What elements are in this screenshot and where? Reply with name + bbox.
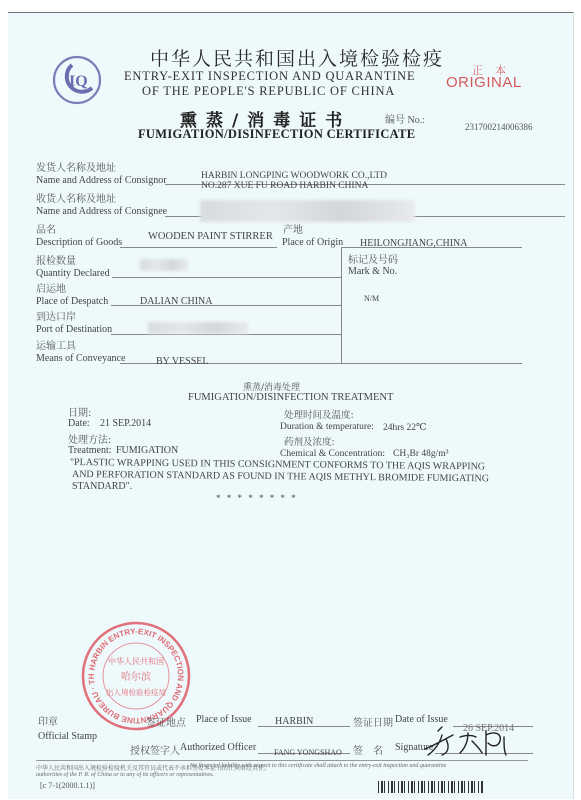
consignee-label-en: Name and Address of Consignee <box>36 206 167 217</box>
date-label-en: Date: <box>68 418 90 429</box>
consignor-address: NO.287 XUE FU ROAD HARBIN CHINA <box>201 181 368 191</box>
signature-label-cn: 签 名 <box>353 742 383 757</box>
marks-label-cn: 标记及号码 <box>348 251 398 266</box>
date-issue-label-en: Date of Issue <box>395 714 448 725</box>
barcode-icon <box>378 781 483 793</box>
treatment-title-en: FUMIGATION/DISINFECTION TREATMENT <box>188 392 393 403</box>
goods-label-en: Description of Goods <box>36 237 122 248</box>
goods-underline <box>120 247 277 248</box>
officer-value: FANG YONGSHAO <box>274 748 342 757</box>
form-code: [c 7-1(2000.1.1)] <box>40 781 95 790</box>
copy-type-en: ORIGINAL <box>446 74 522 91</box>
chemical-label-cn: 药剂及浓度: <box>284 434 335 448</box>
stamp-label-en: Official Stamp <box>38 731 97 742</box>
certificate-title-en: FUMIGATION/DISINFECTION CERTIFICATE <box>138 127 415 142</box>
place-issue-label-cn: 签证地点 <box>146 714 186 729</box>
duration-value: 24hrs 22℃ <box>383 422 427 433</box>
officer-label-en: Authorized Officer <box>180 742 256 753</box>
stamp-label-cn: 印章 <box>38 713 58 728</box>
consignee-label-cn: 收货人名称及地址 <box>36 190 116 205</box>
duration-label-cn: 处理时间及温度: <box>284 407 354 421</box>
certificate-number-label: 编号 No.: <box>385 111 425 126</box>
quantity-label-en: Quantity Declared <box>36 268 110 279</box>
disclaimer-en-line2: authorities of the P. R. of China or to … <box>36 772 214 778</box>
conveyance-underline <box>120 363 341 364</box>
agency-name-cn: 中华人民共和国出入境检验检疫 <box>150 44 444 71</box>
conveyance-value: BY VESSEL <box>156 356 209 367</box>
despatch-value: DALIAN CHINA <box>140 296 213 307</box>
statement-line-3: STANDARD". <box>72 481 132 492</box>
marks-label-en: Mark & No. <box>348 266 397 277</box>
chemical-value: CH₃Br 48g/m³ <box>393 449 449 459</box>
consignor-label-en: Name and Address of Consignor <box>36 175 167 186</box>
despatch-label-cn: 启运地 <box>36 280 66 295</box>
consignee-redacted <box>200 200 415 222</box>
agency-name-en-line2: OF THE PEOPLE'S REPUBLIC OF CHINA <box>142 84 395 99</box>
origin-value: HEILONGJIANG,CHINA <box>360 238 468 249</box>
footer-divider <box>36 760 528 761</box>
handwritten-signature-icon <box>420 725 520 757</box>
place-issue-value: HARBIN <box>275 716 313 727</box>
destination-underline <box>111 334 341 335</box>
marks-box-divider <box>341 247 342 364</box>
marks-box-bottom <box>341 363 522 364</box>
date-issue-label-cn: 签证日期 <box>353 714 393 729</box>
separator-asterisks: * * * * * * * * <box>216 493 298 503</box>
origin-label-cn: 产地 <box>283 221 303 236</box>
svg-text:IQ: IQ <box>69 73 88 90</box>
duration-label-en: Duration & temperature: <box>280 422 374 432</box>
agency-name-en-line1: ENTRY-EXIT INSPECTION AND QUARANTINE <box>124 69 415 84</box>
consignor-name: HARBIN LONGPING WOODWORK CO.,LTD <box>201 171 387 181</box>
certificate-number: 231700214006386 <box>465 122 533 132</box>
goods-value: WOODEN PAINT STIRRER <box>148 231 273 242</box>
marks-value: N/M <box>364 294 379 303</box>
chemical-label-en: Chemical & Concentration: <box>280 449 385 459</box>
destination-redacted <box>148 322 248 334</box>
quantity-label-cn: 报检数量 <box>36 252 76 267</box>
treatment-date-value: 21 SEP.2014 <box>100 418 151 429</box>
destination-label-en: Port of Destination <box>36 324 112 335</box>
destination-label-cn: 到达口岸 <box>36 308 76 323</box>
quantity-underline <box>112 277 341 278</box>
method-label-en: Treatment: <box>68 445 112 456</box>
goods-label-cn: 品名 <box>36 221 56 236</box>
conveyance-label-en: Means of Conveyance <box>36 353 125 364</box>
origin-label-en: Place of Origin <box>282 237 343 248</box>
svg-text:中华人民共和国: 中华人民共和国 <box>108 656 164 666</box>
svg-text:出入境检验检疫局: 出入境检验检疫局 <box>106 687 166 697</box>
ciq-logo-icon: IQ <box>52 55 102 105</box>
quantity-redacted <box>140 259 188 271</box>
officer-label-cn: 授权签字人 <box>130 742 180 757</box>
treatment-method-value: FUMIGATION <box>116 445 178 456</box>
method-label-cn: 处理方法: <box>68 431 111 446</box>
place-issue-label-en: Place of Issue <box>196 714 252 725</box>
svg-text:哈尔滨: 哈尔滨 <box>121 670 151 683</box>
despatch-label-en: Place of Despatch <box>36 296 108 307</box>
consignor-label-cn: 发货人名称及地址 <box>36 159 116 174</box>
disclaimer-en-line1: No financial liability with respect to t… <box>190 763 446 769</box>
conveyance-label-cn: 运输工具 <box>36 337 76 352</box>
date-label-cn: 日期: <box>68 404 91 419</box>
